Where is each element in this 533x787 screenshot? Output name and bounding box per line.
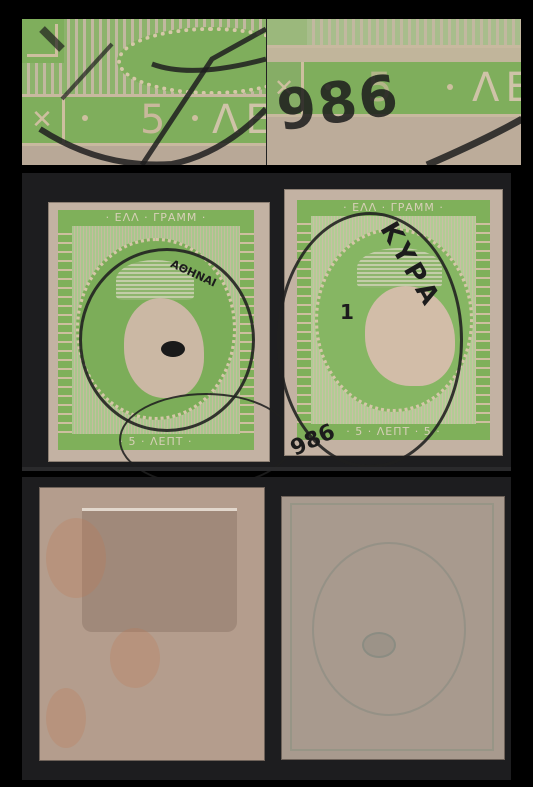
- top-inscription: · ΕΛΛ · ΓΡΑΜΜ ·: [58, 210, 254, 226]
- stamp-back-2: [282, 497, 504, 759]
- hinge-remnant: [82, 510, 237, 632]
- greek-key-border: [476, 216, 490, 424]
- toning-stain: [110, 628, 160, 688]
- hinge-edge: [82, 508, 237, 511]
- panel-divider: [22, 467, 511, 471]
- detail-strip: ✕ 5 ΛΕ ✕ 5 ΛΕ 986: [22, 19, 521, 165]
- greek-key-border: [58, 226, 72, 434]
- detail-crop-left: ✕ 5 ΛΕ: [22, 19, 266, 165]
- toning-stain: [46, 688, 86, 748]
- top-inscription: · ΕΛΛ · ΓΡΑΜΜ ·: [297, 200, 490, 216]
- toning-stain: [46, 518, 106, 598]
- stamp-back-1: [40, 488, 264, 760]
- postmark-dot: [161, 341, 185, 357]
- postmark-ring-2: [119, 393, 293, 487]
- show-through-mark: [362, 632, 396, 658]
- stamp-front-2: · ΕΛΛ · ΓΡΑΜΜ · · 5 · ΛΕΠΤ · 5 · ΚΥΡΑ 1 …: [285, 190, 502, 455]
- stamp-front-1: · ΕΛΛ · ΓΡΑΜΜ · · 5 · ΛΕΠΤ · ΑΘΗΝΑΙ: [49, 203, 269, 461]
- show-through-medallion: [312, 542, 466, 716]
- postmark-strokes: [22, 19, 266, 165]
- detail-crop-right: ✕ 5 ΛΕ 986: [266, 19, 521, 165]
- postmark-date: 1: [340, 300, 354, 324]
- postmark-strokes: [267, 19, 521, 165]
